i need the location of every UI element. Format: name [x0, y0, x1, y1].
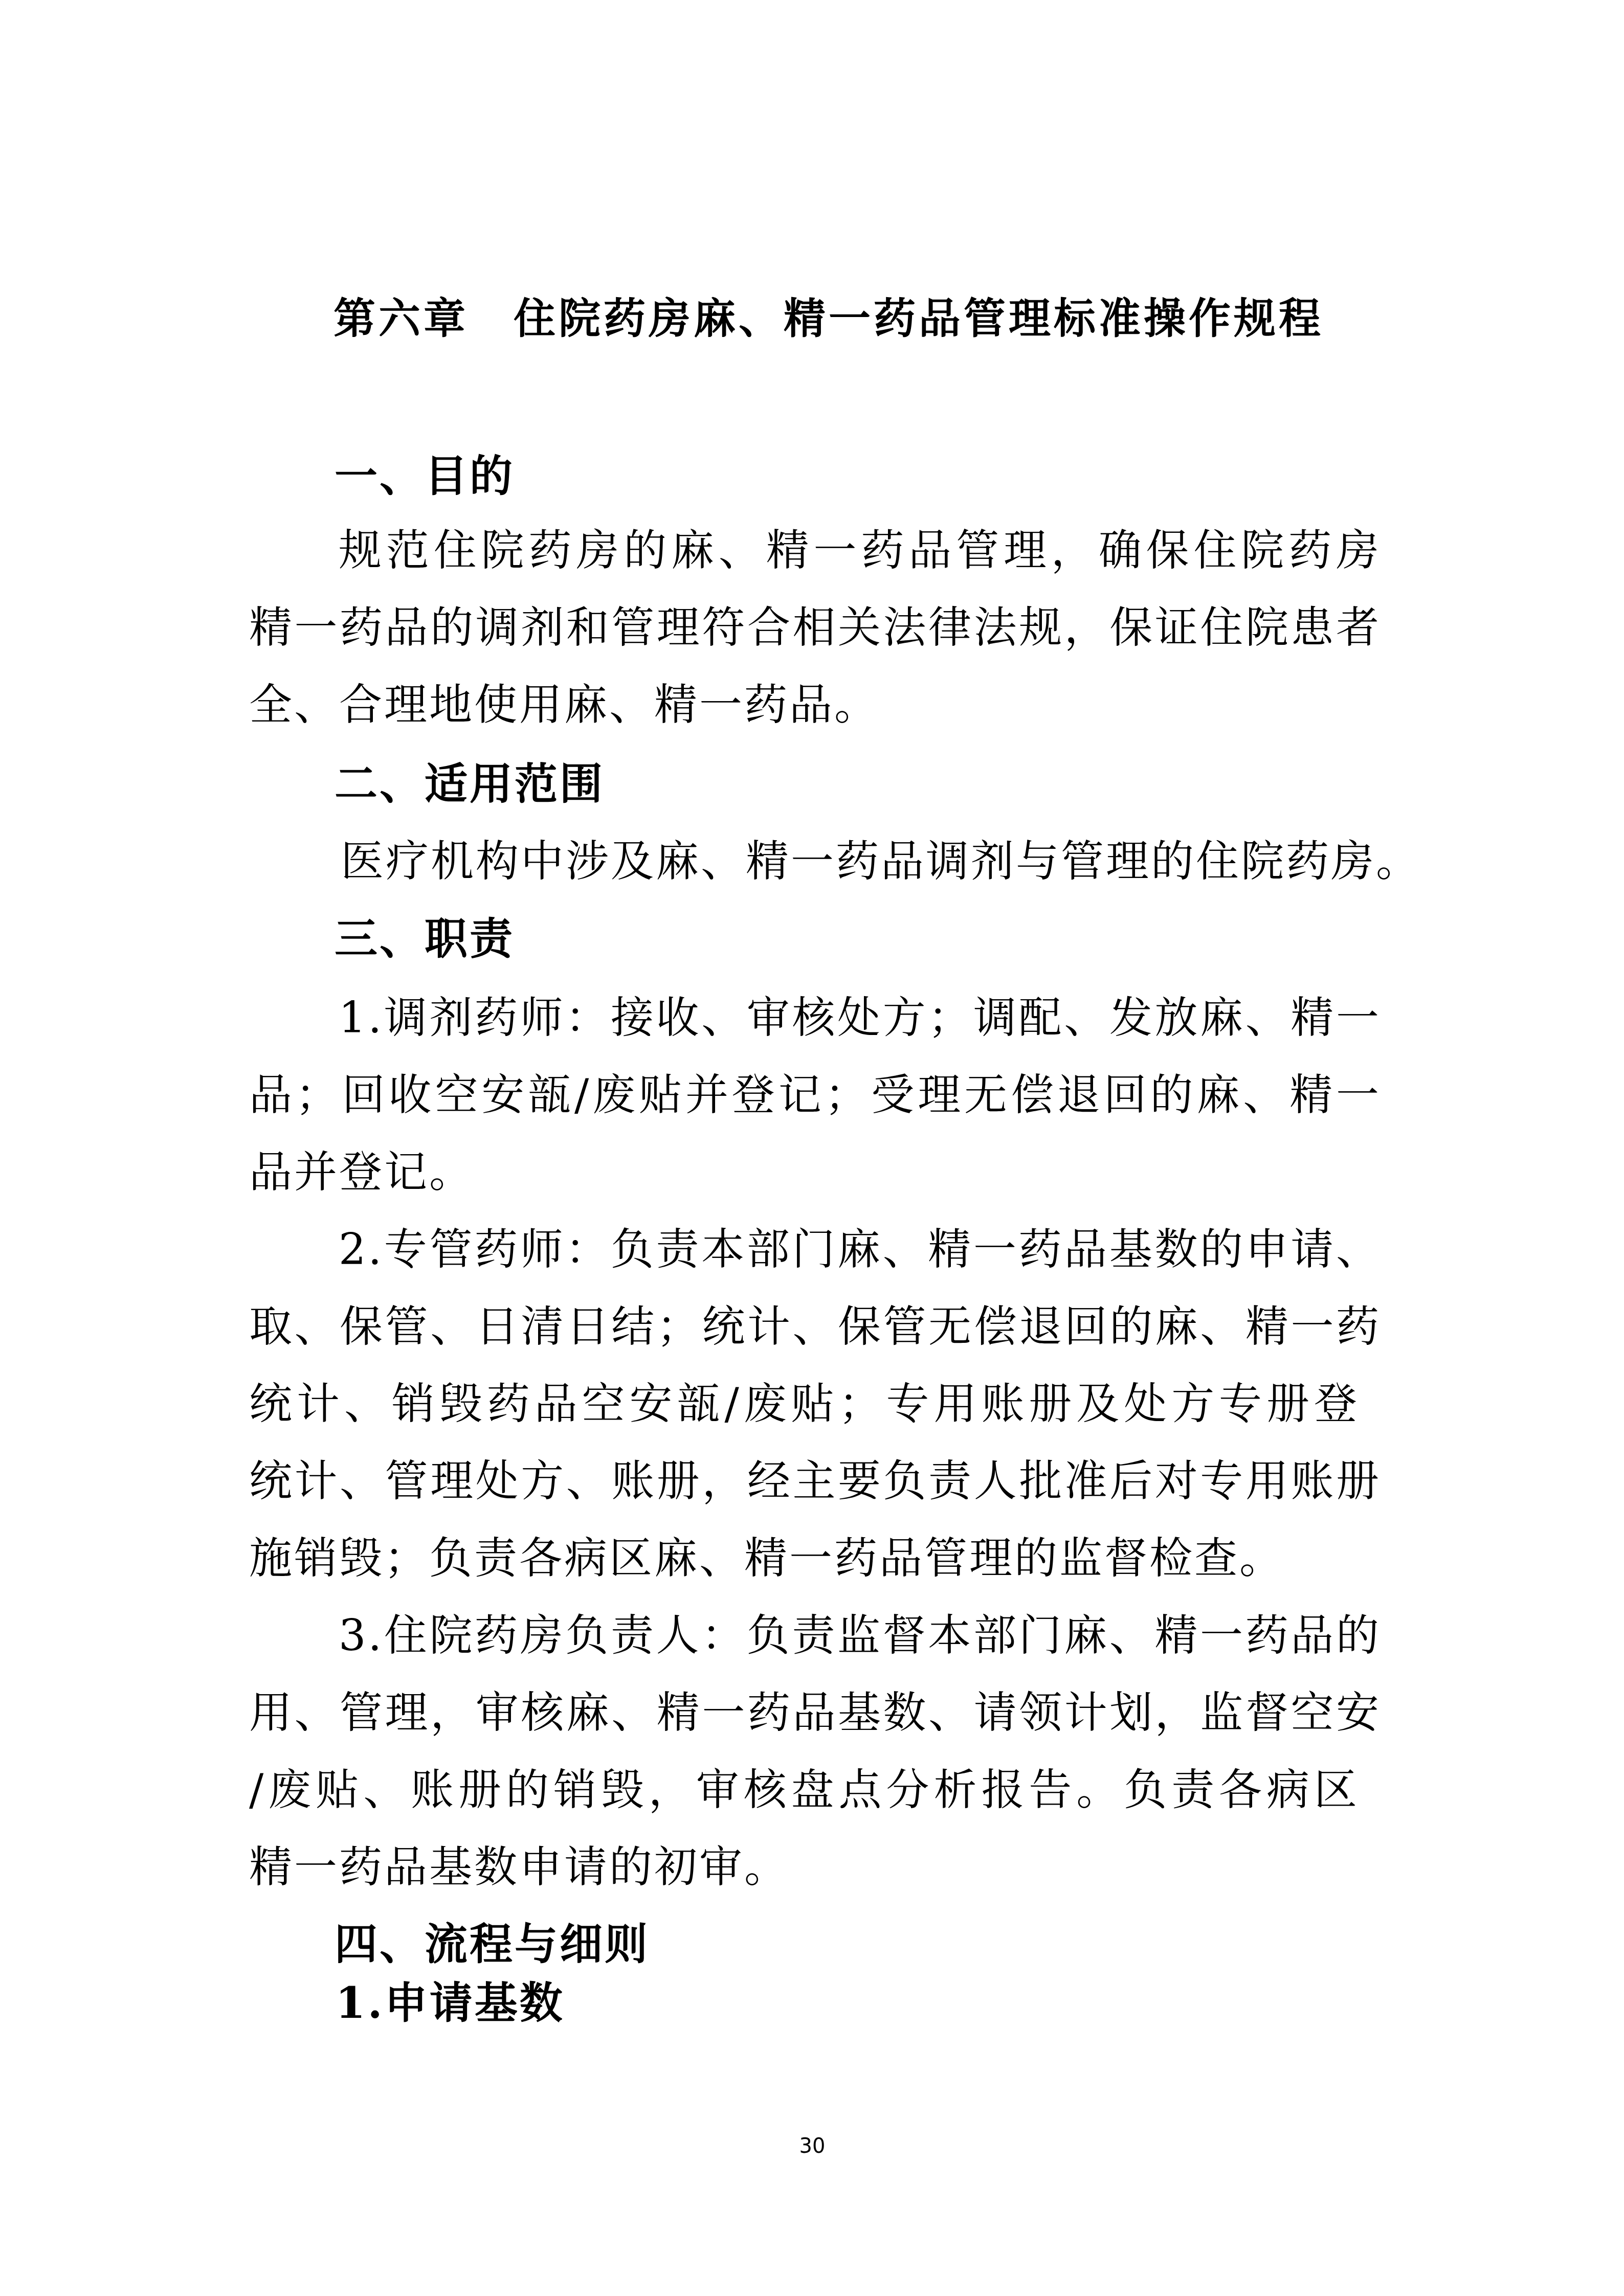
- subsection-heading-apply-base-quantity: 1.申请基数: [336, 1977, 565, 2029]
- paragraph-line: 2.专管药师：负责本部门麻、精一药品基数的申请、领: [339, 1224, 1381, 1275]
- paragraph-line: 1.调剂药师：接收、审核处方；调配、发放麻、精一药: [339, 992, 1381, 1043]
- paragraph-line: 精一药品基数申请的初审。: [249, 1841, 789, 1893]
- section-heading-responsibilities: 三、职责: [335, 913, 515, 964]
- paragraph-line: 用、管理，审核麻、精一药品基数、请领计划，监督空安瓿: [249, 1687, 1381, 1738]
- section-heading-procedures: 四、流程与细则: [335, 1919, 650, 1970]
- paragraph-line: 医疗机构中涉及麻、精一药品调剂与管理的住院药房。: [341, 836, 1421, 887]
- paragraph-line: 统计、管理处方、账册，经主要负责人批准后对专用账册实: [249, 1455, 1381, 1506]
- paragraph-line: 品；回收空安瓿/废贴并登记；受理无偿退回的麻、精一药: [249, 1069, 1381, 1120]
- paragraph-line: 全、合理地使用麻、精一药品。: [249, 679, 879, 730]
- paragraph-line: 品并登记。: [249, 1146, 474, 1198]
- paragraph-line: 精一药品的调剂和管理符合相关法律法规，保证住院患者安: [249, 602, 1381, 653]
- paragraph-line: 取、保管、日清日结；统计、保管无偿退回的麻、精一药品；: [249, 1301, 1381, 1352]
- page-number: 30: [761, 2133, 863, 2159]
- section-heading-purpose: 一、目的: [335, 451, 515, 502]
- page-title: 第六章 住院药房麻、精一药品管理标准操作规程: [333, 294, 1324, 345]
- paragraph-line: /废贴、账册的销毁，审核盘点分析报告。负责各病区麻、: [249, 1764, 1359, 1815]
- paragraph-line: 施销毁；负责各病区麻、精一药品管理的监督检查。: [249, 1533, 1284, 1584]
- paragraph-line: 3.住院药房负责人：负责监督本部门麻、精一药品的使: [339, 1610, 1381, 1661]
- paragraph-line: 规范住院药房的麻、精一药品管理，确保住院药房麻、: [339, 525, 1381, 576]
- paragraph-line: 统计、销毁药品空安瓿/废贴；专用账册及处方专册登记；: [249, 1378, 1359, 1429]
- section-heading-scope: 二、适用范围: [335, 758, 605, 809]
